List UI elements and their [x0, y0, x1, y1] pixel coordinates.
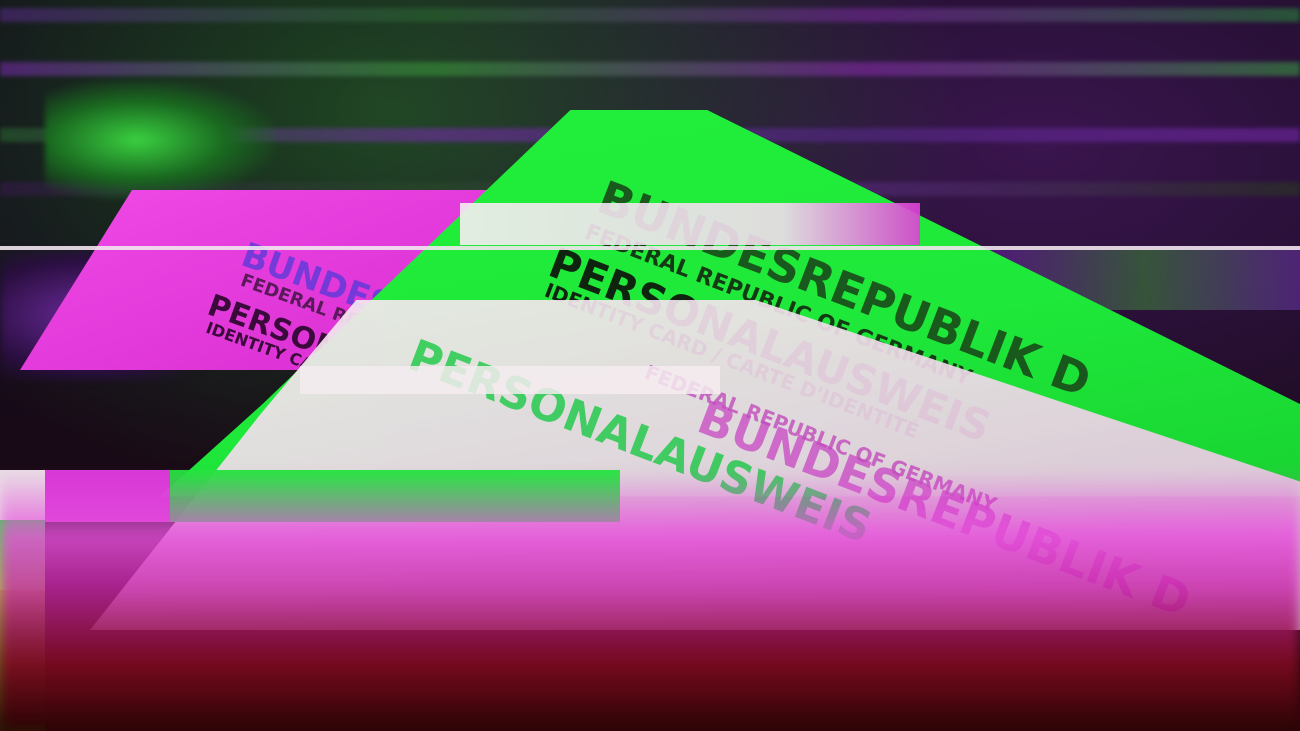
- green-texture: [45, 80, 275, 200]
- bg-stripe: [0, 8, 1300, 22]
- glitch-slice: [0, 246, 1300, 250]
- glitch-photo: BUNDESREPUBLIK D FEDERAL REPUBLIC OF GER…: [0, 0, 1300, 731]
- glitch-slice: [300, 366, 720, 394]
- glitch-slice: [460, 203, 920, 245]
- blurred-foreground: [0, 471, 1300, 731]
- bg-stripe: [0, 62, 1300, 76]
